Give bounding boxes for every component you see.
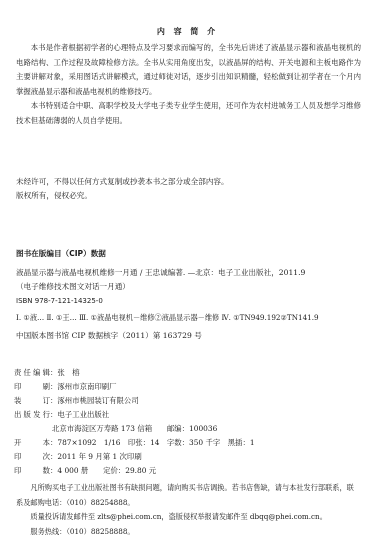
cip-isbn: ISBN 978-7-121-14325-0 [16,296,103,306]
cip-classification: Ⅰ. ①液… Ⅱ. ①王… Ⅲ. ①液晶电视机－维修②液晶显示器－维修 Ⅳ. ①… [16,313,319,323]
detail-print-run: 印 数：4 000 册 定价：29.80 元 [14,464,255,478]
cip-series-line: （电子维修技术图文对话一月通） [16,282,130,292]
footer-notice: 凡所购买电子工业出版社图书有缺损问题，请向购买书店调换。若书店售缺，请与本社发行… [16,481,361,539]
footer-complaint-email: 质量投诉请发邮件至 zlts@phei.com.cn，盗版侵权举报请发邮件至 d… [16,510,361,525]
summary-title: 内 容 简 介 [0,27,375,37]
cip-approval-number: 中国版本图书馆 CIP 数据核字（2011）第 163729 号 [16,331,202,341]
cip-title-line: 液晶显示器与液晶电视机维修一月通 / 王忠诚编著. —北京：电子工业出版社，20… [16,268,305,278]
summary-paragraph-1: 本书是作者根据初学者的心理特点及学习要求而编写的，全书先后讲述了液晶显示器和液晶… [16,41,361,99]
publication-details: 责任编辑：张 榕 印 刷：涿州市京南印刷厂 装 订：涿州市桃园装订有限公司 出版… [14,366,255,478]
detail-printer: 印 刷：涿州市京南印刷厂 [14,380,255,394]
copyright-notice: 未经许可，不得以任何方式复制或抄袭本书之部分或全部内容。 [16,177,229,187]
footer-service-hotline: 服务热线：（010）88258888。 [16,525,361,540]
footer-defect-notice: 凡所购买电子工业出版社图书有缺损问题，请向购买书店调换。若书店售缺，请与本社发行… [16,481,361,510]
detail-editor: 责任编辑：张 榕 [14,366,255,380]
detail-edition: 印 次：2011 年 9 月第 1 次印刷 [14,450,255,464]
detail-format: 开 本：787×1092 1/16 印张：14 字数：350 千字 黑插：1 [14,436,255,450]
rights-reserved: 版权所有，侵权必究。 [16,191,92,201]
detail-publisher: 出版发行：电子工业出版社 [14,408,255,422]
summary-paragraph-2: 本书特别适合中职、高职学校及大学电子类专业学生使用，还可作为农村进城务工人员及想… [16,99,361,128]
detail-address: 北京市海淀区万寿路 173 信箱 邮编：100036 [14,422,255,436]
summary-body: 本书是作者根据初学者的心理特点及学习要求而编写的，全书先后讲述了液晶显示器和液晶… [16,41,361,129]
cip-heading: 图书在版编目（CIP）数据 [16,249,106,259]
detail-binder: 装 订：涿州市桃园装订有限公司 [14,394,255,408]
